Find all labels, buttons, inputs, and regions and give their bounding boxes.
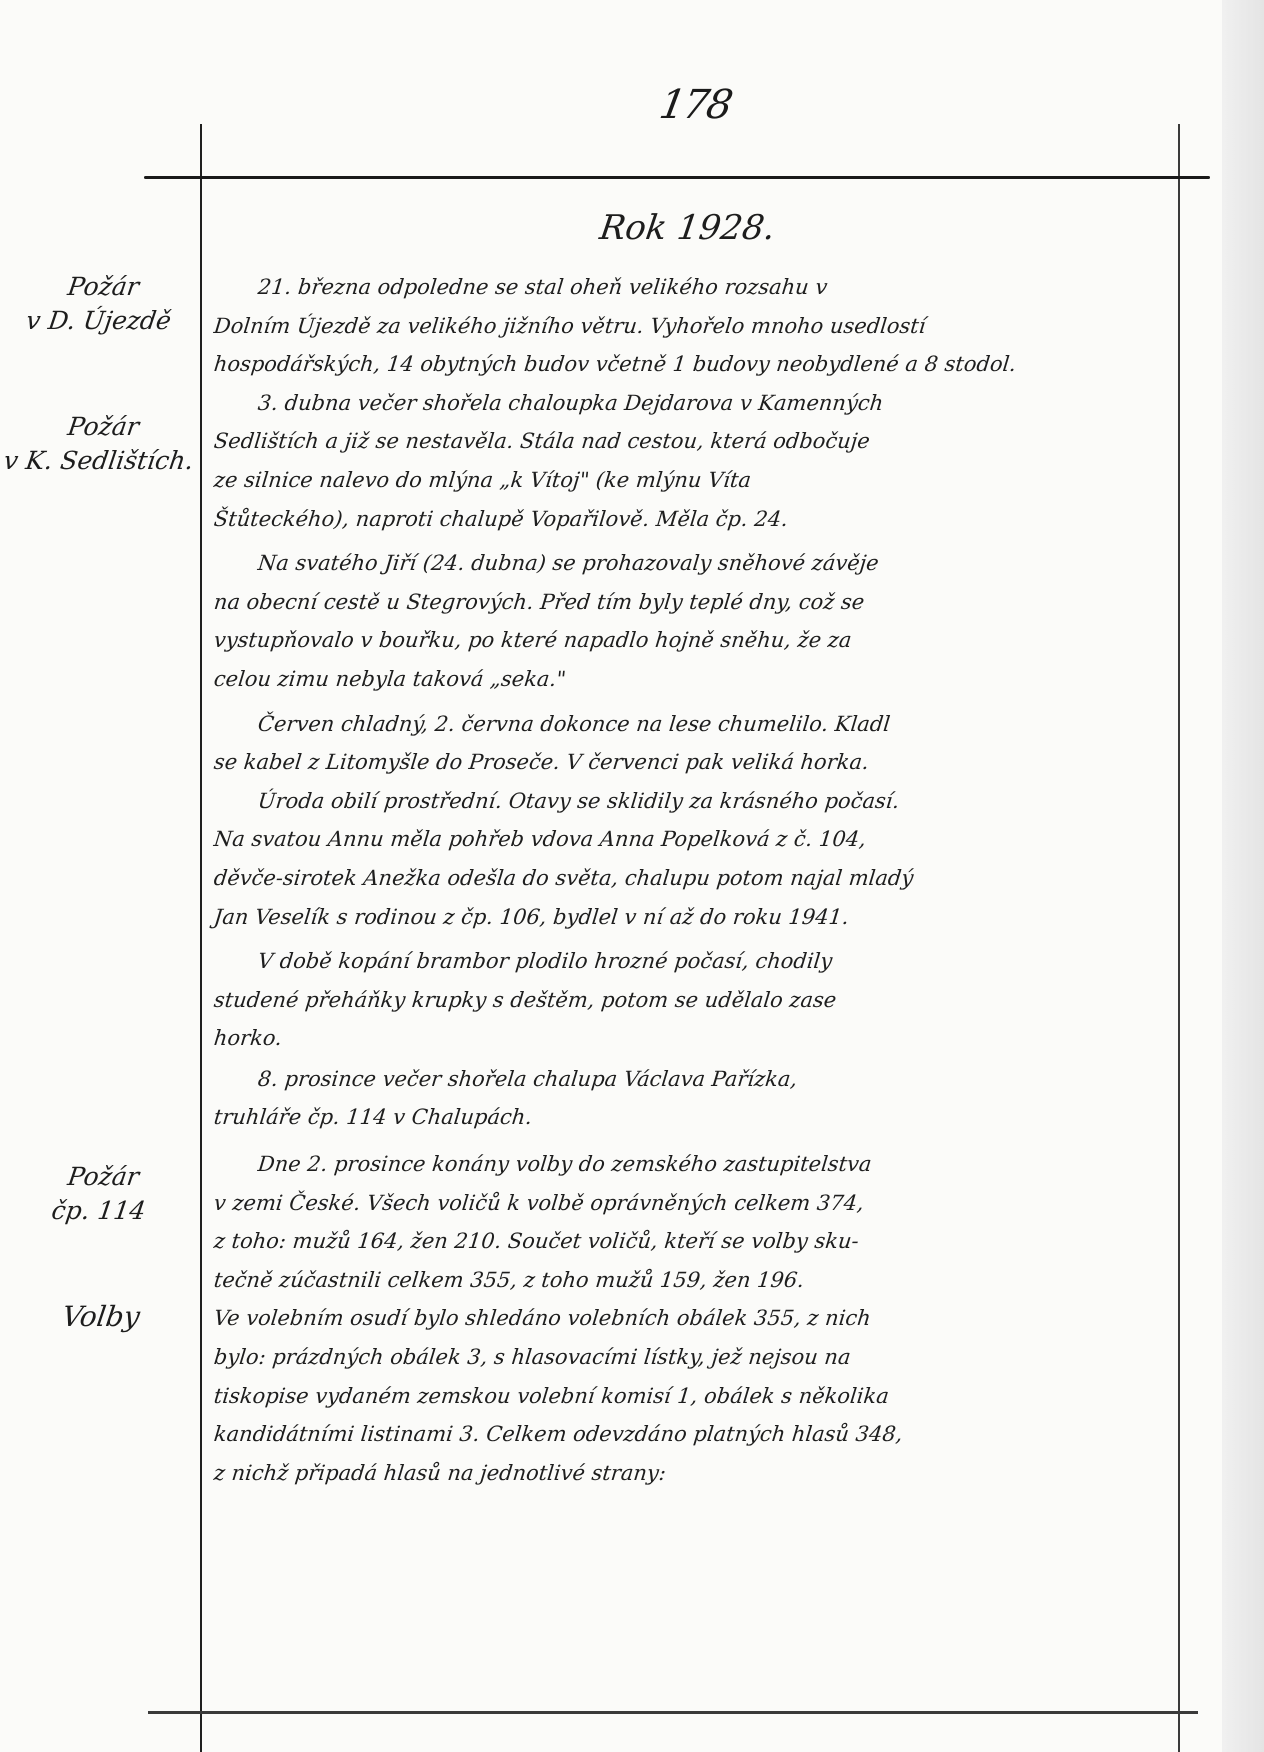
text-line: vystupňovalo v bouřku, po které napadlo … (212, 621, 1176, 660)
text-line: bylo: prázdných obálek 3, s hlasovacími … (212, 1338, 1176, 1377)
text-line: Na svatou Annu měla pohřeb vdova Anna Po… (212, 820, 1176, 859)
text-line: truhláře čp. 114 v Chalupách. (212, 1098, 1176, 1137)
text-line: 3. dubna večer shořela chaloupka Dejdaro… (212, 384, 1176, 423)
text-line: celou zimu nebyla taková „seka." (212, 660, 1176, 699)
scan-edge (1220, 0, 1264, 1752)
footer-rule (148, 1711, 1198, 1714)
page-number: 178 (656, 82, 734, 128)
text-line: 8. prosince večer shořela chalupa Václav… (212, 1060, 1176, 1099)
margin-note-line: v K. Sedlištích. (1, 444, 196, 478)
chronicle-page: 178 Rok 1928. Požár v D. Újezdě Požár v … (0, 0, 1222, 1752)
text-line: kandidátními listinami 3. Celkem odevzdá… (212, 1415, 1176, 1454)
text-line: Dne 2. prosince konány volby do zemského… (212, 1145, 1176, 1184)
text-line: se kabel z Litomyšle do Proseče. V červe… (212, 743, 1176, 782)
text-line: 21. března odpoledne se stal oheň veliké… (212, 268, 1176, 307)
right-border-line (1178, 124, 1180, 1752)
text-line: Sedlištích a již se nestavěla. Stála nad… (212, 422, 1176, 461)
margin-note-fire-kamenne-sedliste: Požár v K. Sedlištích. (1, 410, 201, 478)
chronicle-body: 21. března odpoledne se stal oheň veliké… (214, 268, 1174, 1492)
paragraph-fire-cp-114: 8. prosince večer shořela chalupa Václav… (214, 1060, 1174, 1137)
text-line: Ve volebním osudí bylo shledáno volebníc… (212, 1299, 1176, 1338)
margin-note-line: v D. Újezdě (1, 304, 196, 338)
text-line: tiskopise vydaném zemskou volební komisí… (212, 1377, 1176, 1416)
paragraph-potato-season: V době kopání brambor plodilo hrozné poč… (214, 942, 1174, 1058)
paragraph-elections: Dne 2. prosince konány volby do zemského… (214, 1145, 1174, 1492)
text-line: V době kopání brambor plodilo hrozné poč… (212, 942, 1176, 981)
text-line: v zemi České. Všech voličů k volbě opráv… (212, 1184, 1176, 1223)
text-line: Na svatého Jiří (24. dubna) se prohazova… (212, 544, 1176, 583)
text-line: Dolním Újezdě za velikého jižního větru.… (212, 307, 1176, 346)
text-line: Štůteckého), naproti chalupě Vopařilově.… (212, 500, 1176, 539)
paragraph-fire-dolni-ujezd: 21. března odpoledne se stal oheň veliké… (214, 268, 1174, 384)
margin-note-line: Požár (6, 1160, 201, 1194)
text-line: ze silnice nalevo do mlýna „k Vítoj" (ke… (212, 461, 1176, 500)
margin-note-line: čp. 114 (1, 1194, 196, 1228)
paragraph-june-weather: Červen chladný, 2. června dokonce na les… (214, 705, 1174, 782)
text-line: z toho: mužů 164, žen 210. Součet voličů… (212, 1222, 1176, 1261)
paragraph-fire-kamenne-sedliste: 3. dubna večer shořela chaloupka Dejdaro… (214, 384, 1174, 538)
text-line: Úroda obilí prostřední. Otavy se sklidil… (212, 782, 1176, 821)
header-rule (144, 176, 1210, 179)
margin-note-fire-dolni-ujezd: Požár v D. Újezdě (1, 270, 201, 338)
margin-note-elections: Volby (4, 1300, 199, 1334)
text-line: z nichž připadá hlasů na jednotlivé stra… (212, 1454, 1176, 1493)
text-line: hospodářských, 14 obytných budov včetně … (212, 345, 1176, 384)
text-line: děvče-sirotek Anežka odešla do světa, ch… (212, 859, 1176, 898)
margin-column-divider (200, 124, 202, 1752)
margin-note-line: Požár (6, 410, 201, 444)
text-line: na obecní cestě u Stegrových. Před tím b… (212, 583, 1176, 622)
paragraph-snow-april: Na svatého Jiří (24. dubna) se prohazova… (214, 544, 1174, 698)
text-line: studené přeháňky krupky s deštěm, potom … (212, 981, 1176, 1020)
paragraph-harvest: Úroda obilí prostřední. Otavy se sklidil… (214, 782, 1174, 936)
margin-note-line: Volby (4, 1300, 199, 1334)
text-line: Jan Veselík s rodinou z čp. 106, bydlel … (212, 898, 1176, 937)
text-line: tečně zúčastnili celkem 355, z toho mužů… (212, 1261, 1176, 1300)
margin-note-line: Požár (6, 270, 201, 304)
text-line: horko. (212, 1019, 1176, 1058)
margin-note-fire-cp-114: Požár čp. 114 (1, 1160, 201, 1228)
year-heading: Rok 1928. (597, 208, 777, 248)
text-line: Červen chladný, 2. června dokonce na les… (212, 705, 1176, 744)
